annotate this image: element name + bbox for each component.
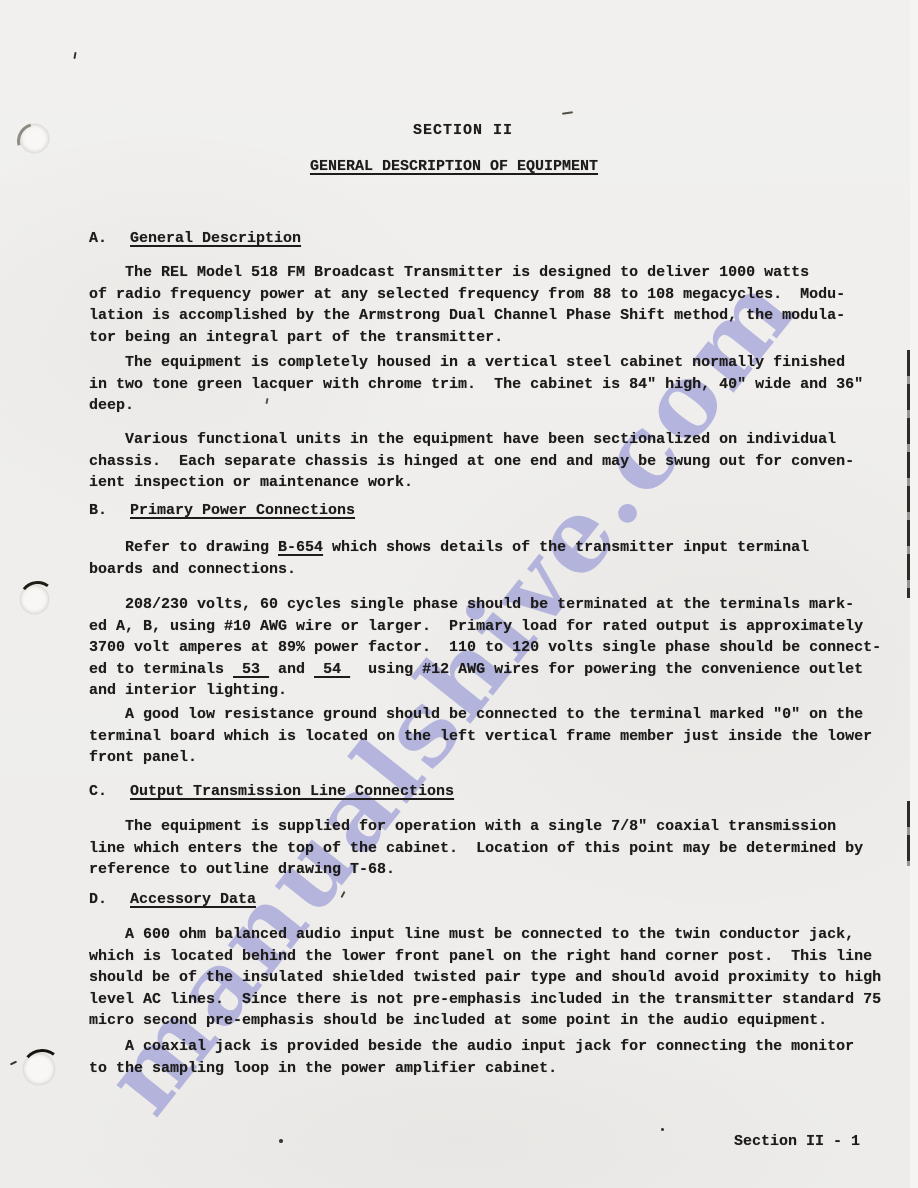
stray-ink-mark [73,52,76,59]
paragraph-text: and [269,661,314,678]
page-subtitle: GENERAL DESCRIPTION OF EQUIPMENT [0,156,900,178]
paragraph: Various functional units in the equipmen… [89,429,854,494]
stray-ink-mark [340,891,345,898]
section-heading-text: Accessory Data [130,891,256,908]
page-number: Section II - 1 [734,1131,860,1153]
section-heading-c: C.Output Transmission Line Connections [89,781,454,803]
scan-edge-artifact [907,350,910,598]
section-label: D. [89,889,130,911]
stray-ink-mark [661,1128,664,1131]
stray-ink-mark [562,111,573,115]
paragraph: A 600 ohm balanced audio input line must… [89,924,881,1032]
stray-ink-mark [10,1061,17,1066]
hole-punch-shadow [17,579,59,620]
paragraph: A coaxial jack is provided beside the au… [89,1036,854,1079]
section-heading-text: Output Transmission Line Connections [130,783,454,800]
section-heading-text: Primary Power Connections [130,502,355,519]
hole-punch-shadow [20,1047,64,1089]
paragraph-text: Refer to drawing [89,539,278,556]
section-label: A. [89,228,130,250]
paper-edge-strip [910,0,918,1188]
paragraph: 208/230 volts, 60 cycles single phase sh… [89,594,881,702]
terminal-number: 54 [314,661,350,678]
paragraph: The equipment is supplied for operation … [89,816,863,881]
page-subtitle-text: GENERAL DESCRIPTION OF EQUIPMENT [310,158,598,175]
section-heading-text: General Description [130,230,301,247]
paragraph: A good low resistance ground should be c… [89,704,872,769]
stray-ink-mark [279,1139,283,1143]
section-label: B. [89,500,130,522]
section-heading-a: A.General Description [89,228,301,250]
document-page: manualshive.com SECTION II GENERAL DESCR… [0,0,918,1188]
section-heading-d: D.Accessory Data [89,889,256,911]
paragraph: The REL Model 518 FM Broadcast Transmitt… [89,262,845,348]
drawing-reference: B-654 [278,539,323,556]
page-title: SECTION II [0,120,900,142]
scan-edge-artifact [907,801,910,866]
paragraph: The equipment is completely housed in a … [89,352,863,417]
terminal-number: 53 [233,661,269,678]
paragraph: Refer to drawing B-654 which shows detai… [89,537,809,580]
section-heading-b: B.Primary Power Connections [89,500,355,522]
section-label: C. [89,781,130,803]
